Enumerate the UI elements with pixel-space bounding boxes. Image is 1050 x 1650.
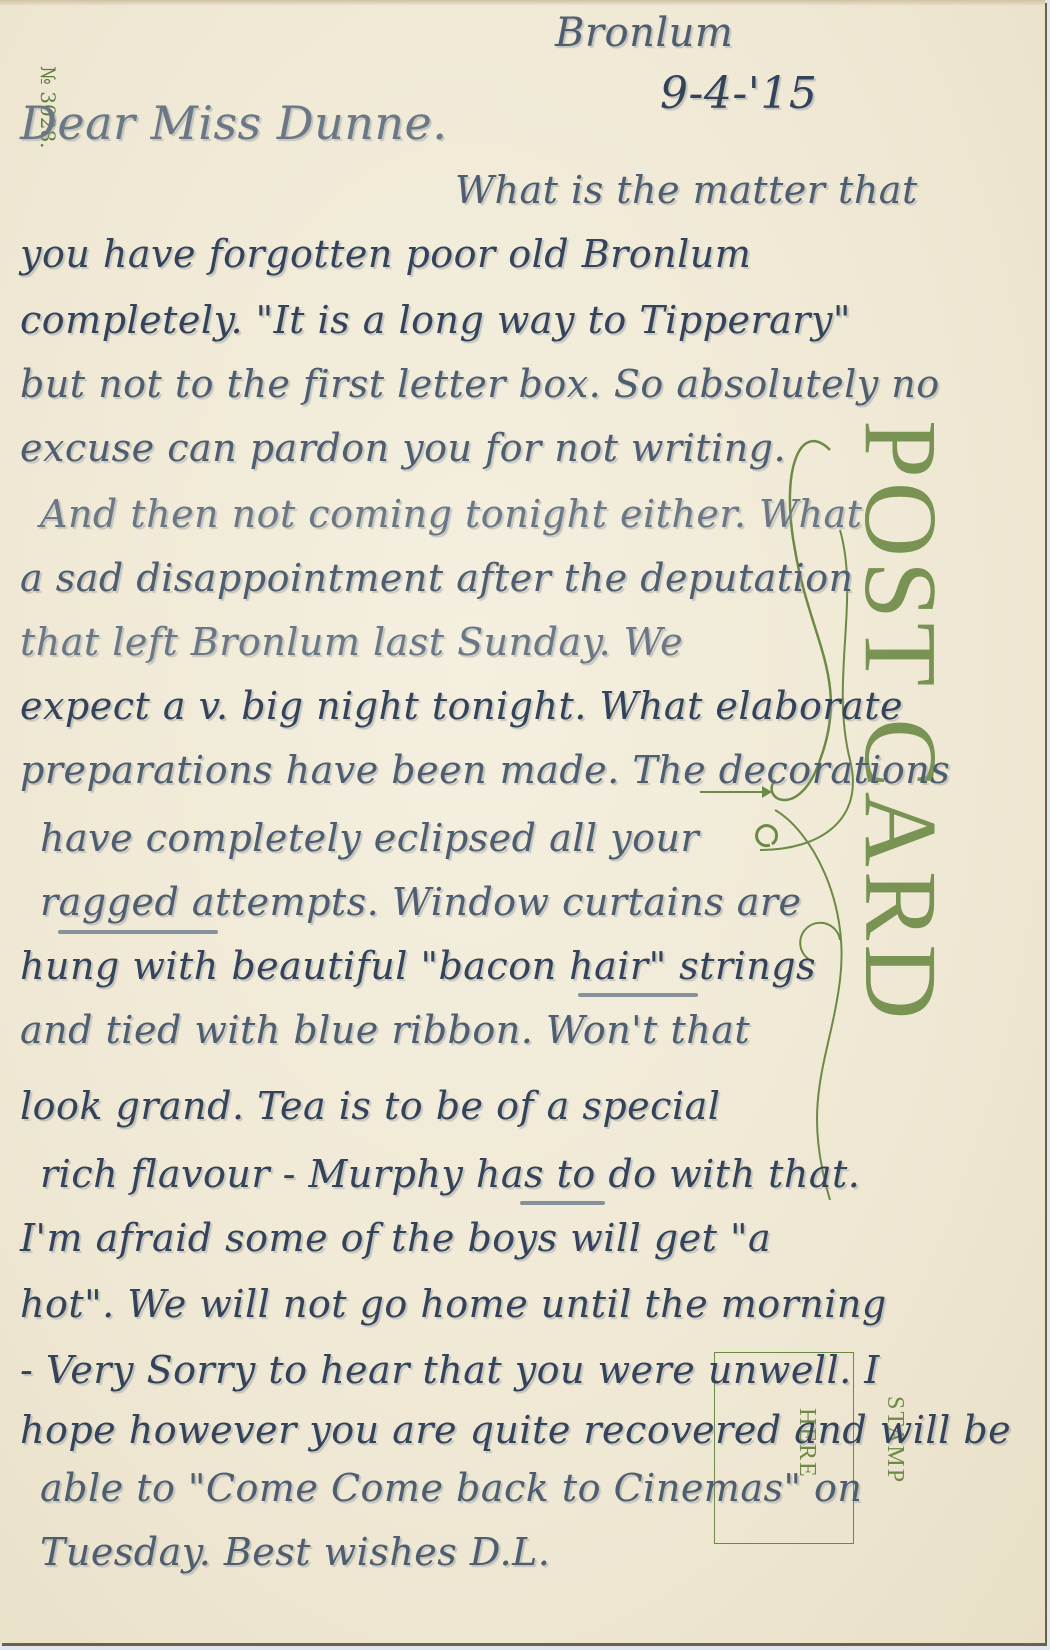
underline-murphy <box>520 1201 605 1205</box>
letter-line: completely. "It is a long way to Tippera… <box>20 298 851 342</box>
postcard: № 3028. POST CARD STAMP HERE Bronlum 9-4… <box>0 0 1045 1643</box>
underline-bacon <box>578 993 698 997</box>
letter-line: look grand. Tea is to be of a special <box>20 1084 720 1128</box>
underline-ragged <box>58 930 218 934</box>
letter-line: a sad disappointment after the deputatio… <box>20 556 854 600</box>
letter-line: hot". We will not go home until the morn… <box>20 1282 887 1326</box>
letter-line: and tied with blue ribbon. Won't that <box>20 1008 750 1052</box>
letter-greeting: Dear Miss Dunne. <box>20 96 447 150</box>
letter-line: expect a v. big night tonight. What elab… <box>20 684 903 728</box>
letter-line: you have forgotten poor old Bronlum <box>20 232 751 276</box>
letter-line: able to "Come Come back to Cinemas" on <box>40 1466 862 1510</box>
letter-line: preparations have been made. The decorat… <box>20 748 950 792</box>
letter-line: have completely eclipsed all your <box>40 816 699 860</box>
letter-place: Bronlum <box>555 10 733 56</box>
letter-line: rich flavour - Murphy has to do with tha… <box>40 1152 860 1196</box>
letter-date: 9-4-'15 <box>660 68 817 119</box>
letter-line: hope however you are quite recovered and… <box>20 1408 1011 1452</box>
letter-line: - Very Sorry to hear that you were unwel… <box>20 1348 880 1392</box>
letter-line: And then not coming tonight either. What <box>40 492 862 536</box>
letter-line: excuse can pardon you for not writing. <box>20 426 786 470</box>
letter-line: What is the matter that <box>455 168 918 212</box>
letter-line: but not to the first letter box. So abso… <box>20 362 940 406</box>
letter-line: Tuesday. Best wishes D.L. <box>40 1530 550 1574</box>
letter-line: hung with beautiful "bacon hair" strings <box>20 944 816 988</box>
letter-line: that left Bronlum last Sunday. We <box>20 620 683 664</box>
letter-line: I'm afraid some of the boys will get "a <box>20 1216 771 1260</box>
card-edge <box>0 0 1045 6</box>
letter-line: ragged attempts. Window curtains are <box>40 880 802 924</box>
